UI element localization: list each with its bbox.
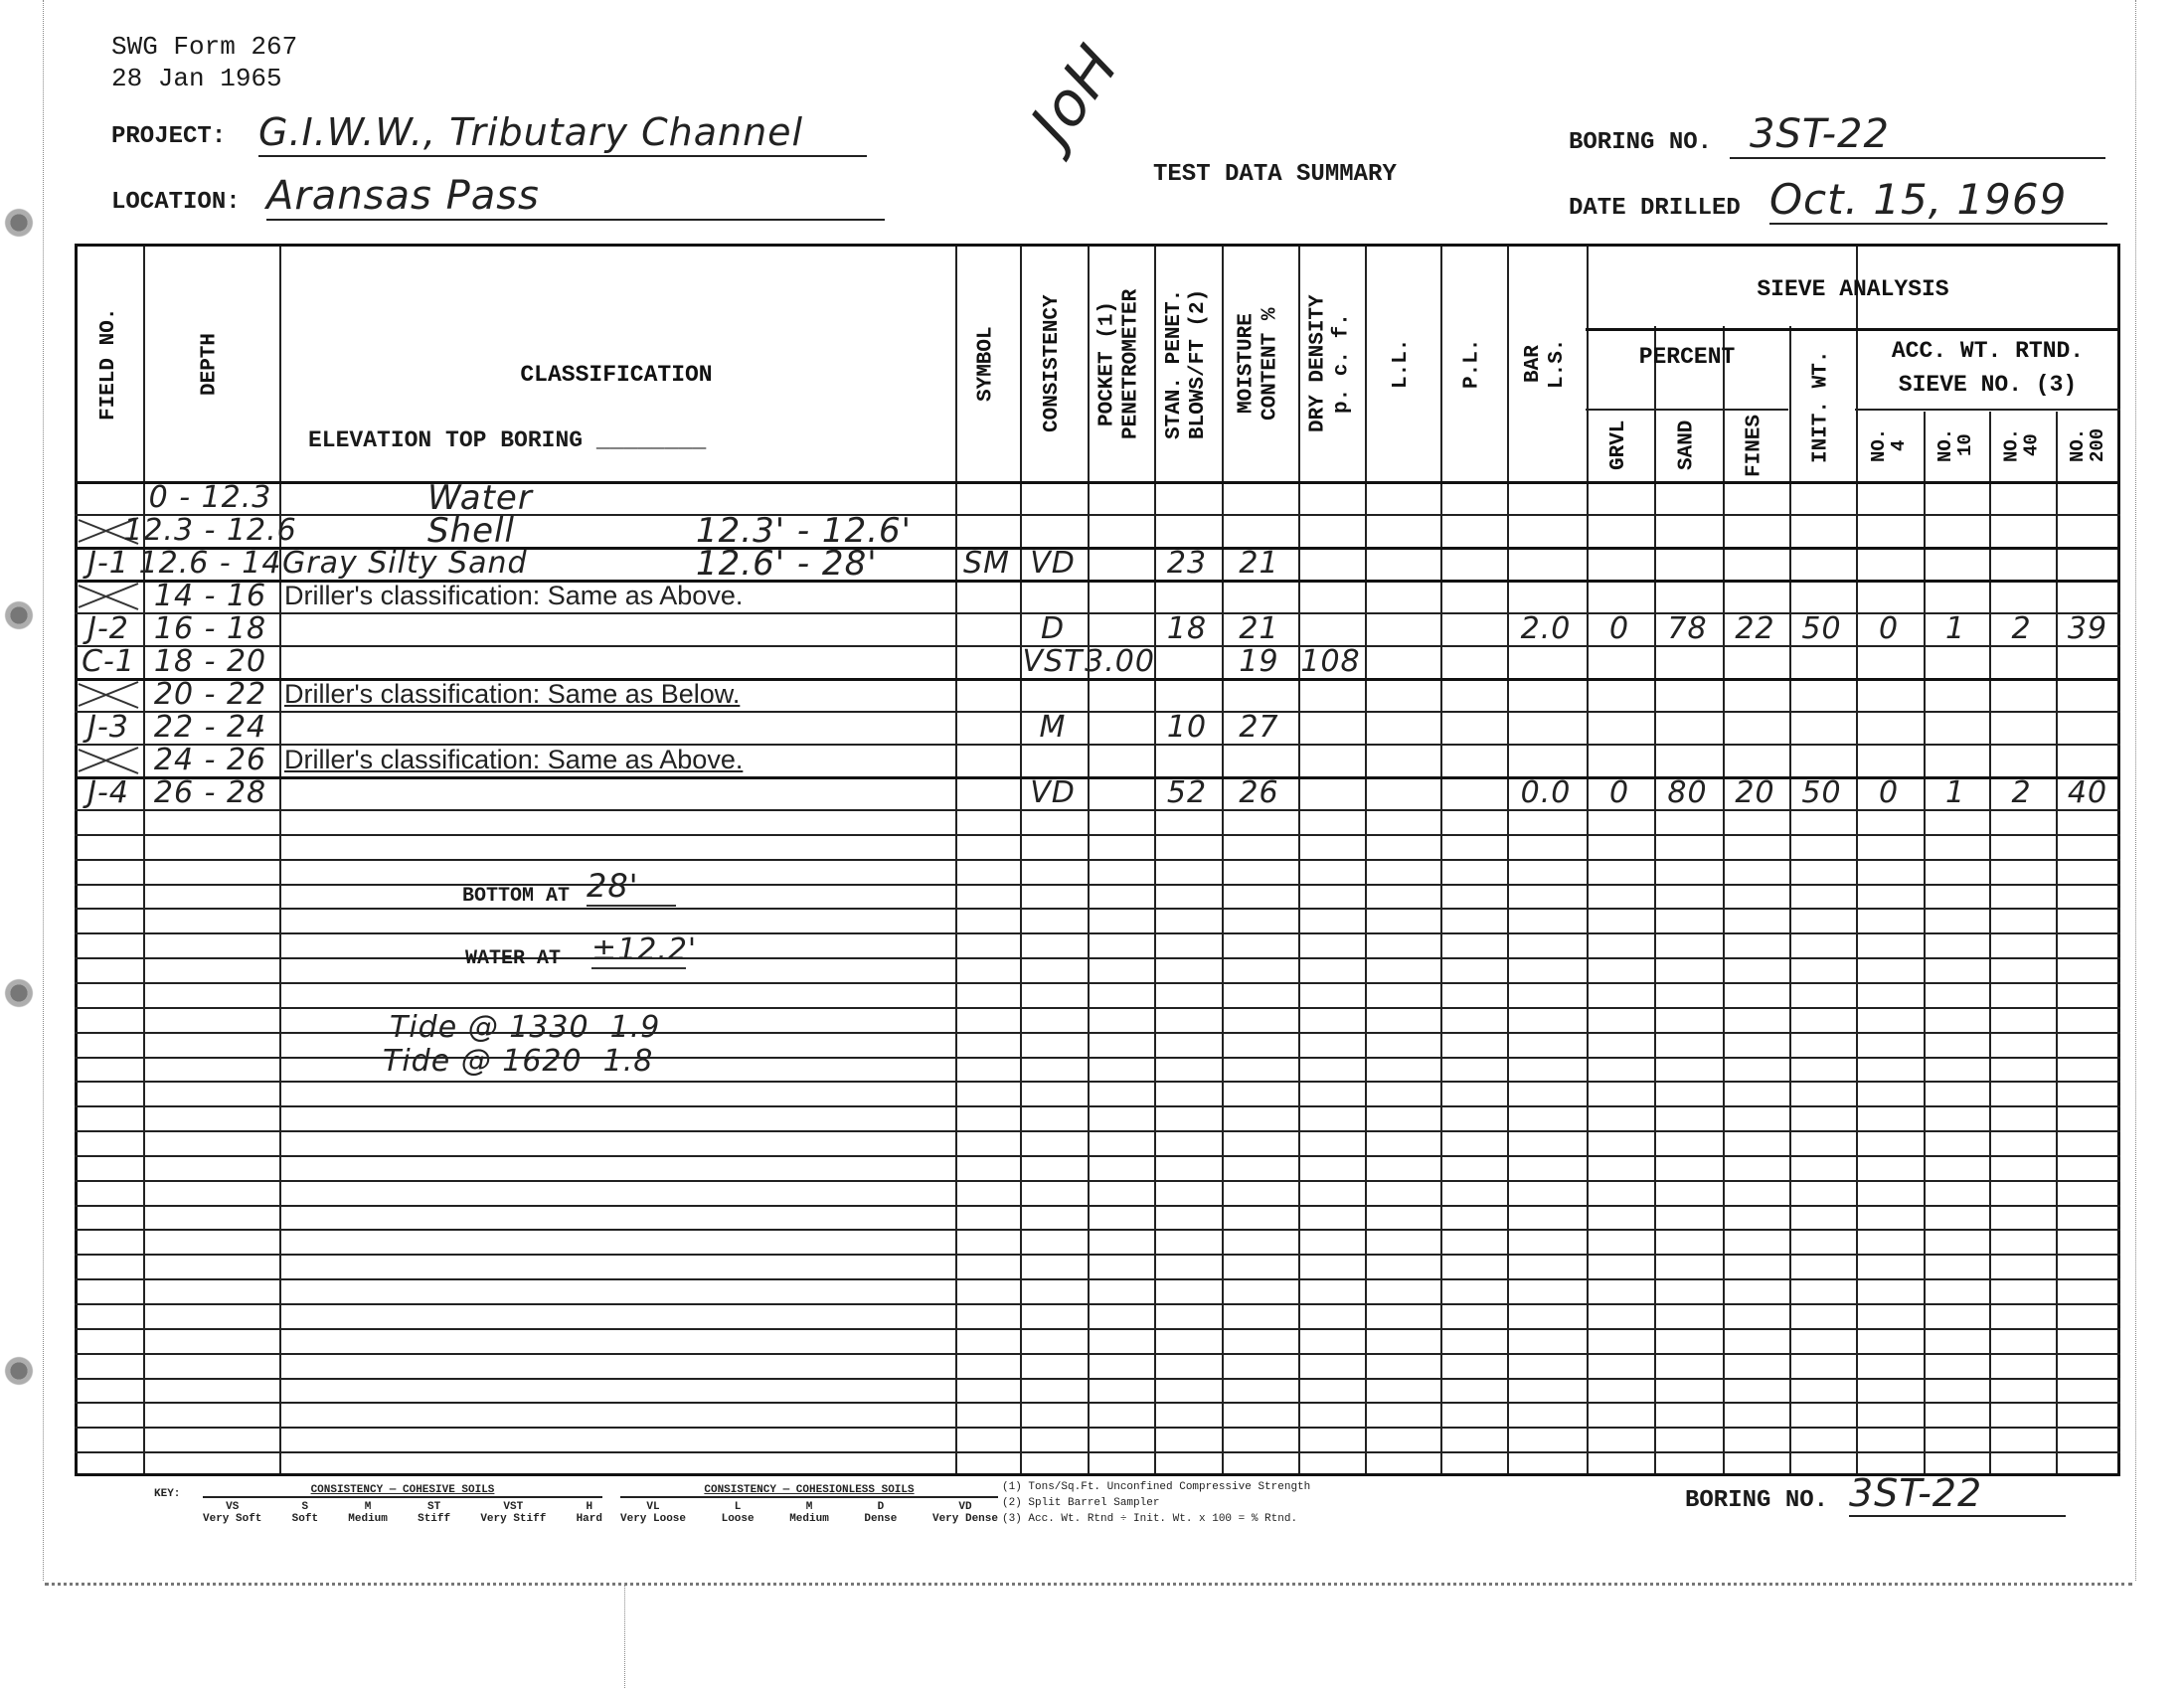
cell-no200: 39 bbox=[2055, 612, 2120, 645]
cell-fines: 22 bbox=[1722, 612, 1788, 645]
cell-no200 bbox=[2055, 481, 2120, 514]
cell-symbol bbox=[954, 645, 1019, 678]
cell-depth-range: 12.6' - 28' bbox=[696, 547, 878, 580]
location-label: LOCATION: bbox=[111, 189, 241, 216]
cell-no40 bbox=[1988, 711, 2055, 744]
key-cohesionless-title: CONSISTENCY — COHESIONLESS SOILS bbox=[620, 1484, 998, 1498]
cell-consistency bbox=[1019, 580, 1087, 612]
punch-hole-icon bbox=[4, 974, 34, 1012]
col-header-no40: NO. 40 bbox=[1988, 410, 2055, 481]
key-cohesionless-list: VLVery LooseLLooseMMediumDDenseVDVery De… bbox=[620, 1501, 998, 1525]
key-abbr: S bbox=[292, 1501, 318, 1513]
key-abbr: VD bbox=[932, 1501, 998, 1513]
col-header-pocket-penetrometer: POCKET (1) PENETROMETER bbox=[1087, 247, 1153, 481]
cell-bar-ls bbox=[1506, 744, 1586, 776]
cell-depth: 18 - 20 bbox=[142, 645, 278, 678]
cell-sand bbox=[1653, 481, 1722, 514]
cell-bar-ls bbox=[1506, 580, 1586, 612]
cell-init-wt bbox=[1788, 580, 1855, 612]
key-item: VLVery Loose bbox=[620, 1501, 686, 1525]
page-title: TEST DATA SUMMARY bbox=[1153, 161, 1397, 188]
cell-no4: 0 bbox=[1855, 776, 1923, 809]
cell-symbol bbox=[954, 612, 1019, 645]
key-item: SSoft bbox=[292, 1501, 318, 1525]
key-name: Very Loose bbox=[620, 1513, 686, 1525]
key-abbr: M bbox=[789, 1501, 829, 1513]
key-name: Hard bbox=[577, 1513, 602, 1525]
key-name: Very Stiff bbox=[480, 1513, 546, 1525]
cell-stan bbox=[1153, 514, 1221, 547]
cell-field: J-2 bbox=[75, 612, 142, 645]
form-date: 28 Jan 1965 bbox=[111, 64, 282, 93]
cell-no40: 2 bbox=[1988, 776, 2055, 809]
cell-classification: Driller's classification: Same as Above. bbox=[278, 580, 960, 612]
cell-grvl bbox=[1586, 678, 1653, 711]
key-item: DDense bbox=[864, 1501, 897, 1525]
cell-stan bbox=[1153, 645, 1221, 678]
cell-no10 bbox=[1923, 580, 1988, 612]
cell-sand: 78 bbox=[1653, 612, 1722, 645]
cell-sand bbox=[1653, 580, 1722, 612]
cell-init-wt bbox=[1788, 547, 1855, 580]
key-item: MMedium bbox=[789, 1501, 829, 1525]
cell-bar-ls: 2.0 bbox=[1506, 612, 1586, 645]
cell-sand bbox=[1653, 678, 1722, 711]
cell-no4 bbox=[1855, 744, 1923, 776]
cell-dry-density: 108 bbox=[1297, 645, 1364, 678]
page-edge-right bbox=[2135, 0, 2136, 1581]
cell-no10: 1 bbox=[1923, 612, 1988, 645]
cell-dry-density bbox=[1297, 678, 1364, 711]
cell-sand: 80 bbox=[1653, 776, 1722, 809]
fold-line bbox=[624, 1583, 625, 1688]
cell-pocket bbox=[1087, 776, 1153, 809]
key-abbr: L bbox=[722, 1501, 755, 1513]
cell-bar-ls bbox=[1506, 645, 1586, 678]
punch-hole-icon bbox=[4, 204, 34, 242]
cell-no10 bbox=[1923, 711, 1988, 744]
key-item: LLoose bbox=[722, 1501, 755, 1525]
cell-sand bbox=[1653, 547, 1722, 580]
initials-signature: JoH bbox=[1017, 33, 1132, 156]
cell-depth: 14 - 16 bbox=[142, 580, 278, 612]
cell-dry-density bbox=[1297, 711, 1364, 744]
cell-dry-density bbox=[1297, 612, 1364, 645]
cell-depth: 24 - 26 bbox=[142, 744, 278, 776]
cell-fines bbox=[1722, 547, 1788, 580]
col-header-percent: PERCENT bbox=[1586, 344, 1788, 370]
cell-no200 bbox=[2055, 547, 2120, 580]
key-name: Dense bbox=[864, 1513, 897, 1525]
cell-fines bbox=[1722, 678, 1788, 711]
cell-symbol bbox=[954, 481, 1019, 514]
cell-moisture bbox=[1221, 580, 1297, 612]
cell-consistency: D bbox=[1019, 612, 1087, 645]
cell-consistency: M bbox=[1019, 711, 1087, 744]
key-abbr: M bbox=[348, 1501, 388, 1513]
cell-stan: 52 bbox=[1153, 776, 1221, 809]
cell-symbol bbox=[954, 580, 1019, 612]
cell-no40 bbox=[1988, 645, 2055, 678]
cell-stan: 10 bbox=[1153, 711, 1221, 744]
project-value: G.I.W.W., Tributary Channel bbox=[258, 109, 867, 157]
col-header-stan-penet: STAN. PENET. BLOWS/FT (2) bbox=[1153, 247, 1221, 481]
cell-bar-ls: 0.0 bbox=[1506, 776, 1586, 809]
cell-pocket bbox=[1087, 547, 1153, 580]
cell-dry-density bbox=[1297, 776, 1364, 809]
cell-no4 bbox=[1855, 481, 1923, 514]
cell-init-wt bbox=[1788, 514, 1855, 547]
cell-grvl bbox=[1586, 481, 1653, 514]
tide-note-1: Tide @ 1330 1.9 bbox=[390, 1010, 660, 1045]
key-abbr: H bbox=[577, 1501, 602, 1513]
col-header-ll: L.L. bbox=[1364, 247, 1439, 481]
cell-bar-ls bbox=[1506, 514, 1586, 547]
cell-symbol bbox=[954, 776, 1019, 809]
cell-grvl bbox=[1586, 580, 1653, 612]
cell-no200 bbox=[2055, 711, 2120, 744]
elevation-top-boring: ELEVATION TOP BORING ________ bbox=[308, 427, 706, 453]
cell-depth: 20 - 22 bbox=[142, 678, 278, 711]
cell-moisture: 21 bbox=[1221, 612, 1297, 645]
cell-fines bbox=[1722, 580, 1788, 612]
cell-symbol bbox=[954, 744, 1019, 776]
cell-bar-ls bbox=[1506, 547, 1586, 580]
col-header-bar-ls: BAR L.S. bbox=[1506, 247, 1586, 481]
cell-moisture bbox=[1221, 514, 1297, 547]
cell-pocket bbox=[1087, 612, 1153, 645]
boring-label: BORING NO. bbox=[1569, 129, 1712, 156]
cell-no4 bbox=[1855, 514, 1923, 547]
tide-note-2: Tide @ 1620 1.8 bbox=[383, 1044, 653, 1079]
cell-depth: 0 - 12.3 bbox=[142, 481, 278, 514]
cell-fines bbox=[1722, 645, 1788, 678]
cell-bar-ls bbox=[1506, 711, 1586, 744]
cell-stan: 18 bbox=[1153, 612, 1221, 645]
cell-dry-density bbox=[1297, 547, 1364, 580]
col-header-symbol: SYMBOL bbox=[954, 247, 1019, 481]
cell-dry-density bbox=[1297, 481, 1364, 514]
key-name: Medium bbox=[789, 1513, 829, 1525]
location-value: Aransas Pass bbox=[266, 173, 885, 221]
cell-symbol: SM bbox=[954, 547, 1019, 580]
cell-no10 bbox=[1923, 547, 1988, 580]
key-item: STStiff bbox=[418, 1501, 450, 1525]
cell-depth: 12.6 - 14 bbox=[142, 547, 278, 580]
cell-field: C-1 bbox=[75, 645, 142, 678]
key-item: MMedium bbox=[348, 1501, 388, 1525]
cell-sand bbox=[1653, 711, 1722, 744]
key-abbr: D bbox=[864, 1501, 897, 1513]
col-header-no10: NO. 10 bbox=[1923, 410, 1988, 481]
key-label: KEY: bbox=[154, 1488, 180, 1500]
col-header-grvl: GRVL bbox=[1586, 410, 1653, 481]
cell-grvl bbox=[1586, 547, 1653, 580]
punch-hole-icon bbox=[4, 596, 34, 634]
footnote-3: (3) Acc. Wt. Rtnd ÷ Init. Wt. x 100 = % … bbox=[1002, 1513, 1297, 1525]
cell-init-wt bbox=[1788, 645, 1855, 678]
cell-no4 bbox=[1855, 580, 1923, 612]
cell-no10 bbox=[1923, 744, 1988, 776]
cell-init-wt: 50 bbox=[1788, 612, 1855, 645]
cell-no200 bbox=[2055, 645, 2120, 678]
date-drilled-value: Oct. 15, 1969 bbox=[1769, 177, 2107, 225]
key-name: Very Dense bbox=[932, 1513, 998, 1525]
col-header-sieve-analysis: SIEVE ANALYSIS bbox=[1586, 276, 2120, 302]
col-header-dry-density: DRY DENSITY p. c. f. bbox=[1297, 247, 1364, 481]
cell-no40 bbox=[1988, 547, 2055, 580]
cell-init-wt bbox=[1788, 481, 1855, 514]
cell-no40 bbox=[1988, 744, 2055, 776]
water-at-value: ±12.2' bbox=[591, 932, 686, 969]
cell-init-wt bbox=[1788, 678, 1855, 711]
cell-grvl: 0 bbox=[1586, 612, 1653, 645]
cell-classification: Driller's classification: Same as Above. bbox=[278, 744, 960, 776]
cell-fines: 20 bbox=[1722, 776, 1788, 809]
cell-depth: 26 - 28 bbox=[142, 776, 278, 809]
boring-value: 3ST-22 bbox=[1730, 111, 2105, 159]
bottom-at-label: BOTTOM AT bbox=[462, 885, 570, 908]
cell-pocket bbox=[1087, 678, 1153, 711]
cell-init-wt: 50 bbox=[1788, 776, 1855, 809]
col-header-pl: P.L. bbox=[1439, 247, 1506, 481]
cell-grvl bbox=[1586, 645, 1653, 678]
cell-no4 bbox=[1855, 547, 1923, 580]
cell-stan bbox=[1153, 481, 1221, 514]
cell-depth: 16 - 18 bbox=[142, 612, 278, 645]
key-item: VDVery Dense bbox=[932, 1501, 998, 1525]
key-name: Loose bbox=[722, 1513, 755, 1525]
cell-no40: 2 bbox=[1988, 612, 2055, 645]
cell-no10 bbox=[1923, 645, 1988, 678]
cell-no40 bbox=[1988, 481, 2055, 514]
cell-field bbox=[75, 481, 142, 514]
cell-no4 bbox=[1855, 645, 1923, 678]
key-name: Medium bbox=[348, 1513, 388, 1525]
cell-pocket bbox=[1087, 711, 1153, 744]
cell-stan: 23 bbox=[1153, 547, 1221, 580]
cell-field: J-4 bbox=[75, 776, 142, 809]
cell-depth-range: 12.3' - 12.6' bbox=[696, 514, 912, 547]
page-edge-left bbox=[43, 0, 44, 1581]
cell-init-wt bbox=[1788, 744, 1855, 776]
footer-boring-label: BORING NO. bbox=[1685, 1487, 1828, 1514]
footer-boring-value: 3ST-22 bbox=[1849, 1471, 2066, 1517]
cell-moisture bbox=[1221, 744, 1297, 776]
cell-no10: 1 bbox=[1923, 776, 1988, 809]
cell-init-wt bbox=[1788, 711, 1855, 744]
water-at-label: WATER AT bbox=[465, 947, 561, 970]
cell-bar-ls bbox=[1506, 481, 1586, 514]
key-cohesive-list: VSVery SoftSSoftMMediumSTStiffVSTVery St… bbox=[203, 1501, 602, 1525]
cell-consistency bbox=[1019, 481, 1087, 514]
cell-no200 bbox=[2055, 580, 2120, 612]
cell-moisture bbox=[1221, 481, 1297, 514]
col-header-field-no: FIELD NO. bbox=[78, 247, 141, 481]
cell-no200: 40 bbox=[2055, 776, 2120, 809]
date-drilled-label: DATE DRILLED bbox=[1569, 195, 1741, 222]
col-header-no4: NO. 4 bbox=[1855, 410, 1923, 481]
punch-hole-icon bbox=[4, 1352, 34, 1390]
cell-pocket bbox=[1087, 481, 1153, 514]
key-name: Stiff bbox=[418, 1513, 450, 1525]
cell-consistency: VD bbox=[1019, 776, 1087, 809]
cell-moisture: 27 bbox=[1221, 711, 1297, 744]
crossed-out-icon bbox=[77, 746, 140, 775]
cell-moisture bbox=[1221, 678, 1297, 711]
cell-field: J-1 bbox=[75, 547, 142, 580]
page-edge-bottom bbox=[45, 1583, 2132, 1586]
cell-consistency bbox=[1019, 678, 1087, 711]
key-abbr: ST bbox=[418, 1501, 450, 1513]
col-header-consistency: CONSISTENCY bbox=[1019, 247, 1087, 481]
cell-symbol bbox=[954, 678, 1019, 711]
key-name: Soft bbox=[292, 1513, 318, 1525]
cell-field bbox=[75, 744, 142, 776]
cell-no200 bbox=[2055, 744, 2120, 776]
cell-fines bbox=[1722, 514, 1788, 547]
cell-pocket bbox=[1087, 514, 1153, 547]
cell-no40 bbox=[1988, 580, 2055, 612]
key-abbr: VS bbox=[203, 1501, 261, 1513]
cell-consistency bbox=[1019, 744, 1087, 776]
cell-symbol bbox=[954, 711, 1019, 744]
bottom-at-value: 28' bbox=[587, 867, 676, 907]
col-header-classification: CLASSIFICATION bbox=[278, 362, 954, 388]
cell-dry-density bbox=[1297, 514, 1364, 547]
key-name: Very Soft bbox=[203, 1513, 261, 1525]
cell-pocket bbox=[1087, 744, 1153, 776]
crossed-out-icon bbox=[77, 680, 140, 710]
cell-no4 bbox=[1855, 678, 1923, 711]
col-header-sand: SAND bbox=[1653, 410, 1722, 481]
key-item: VSVery Soft bbox=[203, 1501, 261, 1525]
footnote-1: (1) Tons/Sq.Ft. Unconfined Compressive S… bbox=[1002, 1481, 1310, 1493]
cell-no4: 0 bbox=[1855, 612, 1923, 645]
col-header-fines: FINES bbox=[1722, 410, 1788, 481]
cell-no200 bbox=[2055, 514, 2120, 547]
crossed-out-icon bbox=[77, 582, 140, 611]
cell-classification bbox=[278, 776, 958, 809]
cell-classification bbox=[278, 612, 958, 645]
cell-depth: 12.3 - 12.6 bbox=[142, 514, 278, 547]
cell-field bbox=[75, 678, 142, 711]
cell-sand bbox=[1653, 645, 1722, 678]
cell-no10 bbox=[1923, 481, 1988, 514]
cell-stan bbox=[1153, 678, 1221, 711]
cell-moisture: 19 bbox=[1221, 645, 1297, 678]
cell-grvl bbox=[1586, 744, 1653, 776]
cell-stan bbox=[1153, 744, 1221, 776]
col-header-depth: DEPTH bbox=[142, 247, 278, 481]
cell-classification bbox=[278, 711, 958, 744]
cell-pocket bbox=[1087, 580, 1153, 612]
col-header-moisture: MOISTURE CONTENT % bbox=[1221, 247, 1297, 481]
cell-dry-density bbox=[1297, 744, 1364, 776]
cell-grvl bbox=[1586, 711, 1653, 744]
cell-consistency bbox=[1019, 514, 1087, 547]
cell-fines bbox=[1722, 711, 1788, 744]
cell-sand bbox=[1653, 514, 1722, 547]
cell-moisture: 21 bbox=[1221, 547, 1297, 580]
cell-consistency: VD bbox=[1019, 547, 1087, 580]
key-cohesive-title: CONSISTENCY — COHESIVE SOILS bbox=[203, 1484, 602, 1498]
footnote-2: (2) Split Barrel Sampler bbox=[1002, 1497, 1159, 1509]
cell-moisture: 26 bbox=[1221, 776, 1297, 809]
cell-sand bbox=[1653, 744, 1722, 776]
cell-dry-density bbox=[1297, 580, 1364, 612]
cell-fines bbox=[1722, 481, 1788, 514]
col-header-sieve-no: SIEVE NO. (3) bbox=[1855, 372, 2120, 398]
cell-grvl bbox=[1586, 514, 1653, 547]
cell-field: J-3 bbox=[75, 711, 142, 744]
cell-grvl: 0 bbox=[1586, 776, 1653, 809]
cell-no40 bbox=[1988, 514, 2055, 547]
form-id: SWG Form 267 bbox=[111, 32, 297, 62]
key-item: HHard bbox=[577, 1501, 602, 1525]
cell-no40 bbox=[1988, 678, 2055, 711]
cell-classification bbox=[278, 645, 958, 678]
key-abbr: VST bbox=[480, 1501, 546, 1513]
key-abbr: VL bbox=[620, 1501, 686, 1513]
cell-no4 bbox=[1855, 711, 1923, 744]
cell-classification: Driller's classification: Same as Below. bbox=[278, 678, 960, 711]
project-label: PROJECT: bbox=[111, 123, 226, 150]
cell-fines bbox=[1722, 744, 1788, 776]
cell-pocket: 3.00 bbox=[1087, 645, 1153, 678]
col-header-no200: NO. 200 bbox=[2055, 410, 2120, 481]
cell-stan bbox=[1153, 580, 1221, 612]
cell-bar-ls bbox=[1506, 678, 1586, 711]
cell-no200 bbox=[2055, 678, 2120, 711]
col-header-init-wt: INIT. WT. bbox=[1788, 332, 1855, 481]
cell-symbol bbox=[954, 514, 1019, 547]
cell-field bbox=[75, 580, 142, 612]
col-header-acc-wt: ACC. WT. RTND. bbox=[1855, 338, 2120, 364]
key-item: VSTVery Stiff bbox=[480, 1501, 546, 1525]
cell-no10 bbox=[1923, 678, 1988, 711]
cell-consistency: VST bbox=[1019, 645, 1087, 678]
cell-depth: 22 - 24 bbox=[142, 711, 278, 744]
cell-no10 bbox=[1923, 514, 1988, 547]
